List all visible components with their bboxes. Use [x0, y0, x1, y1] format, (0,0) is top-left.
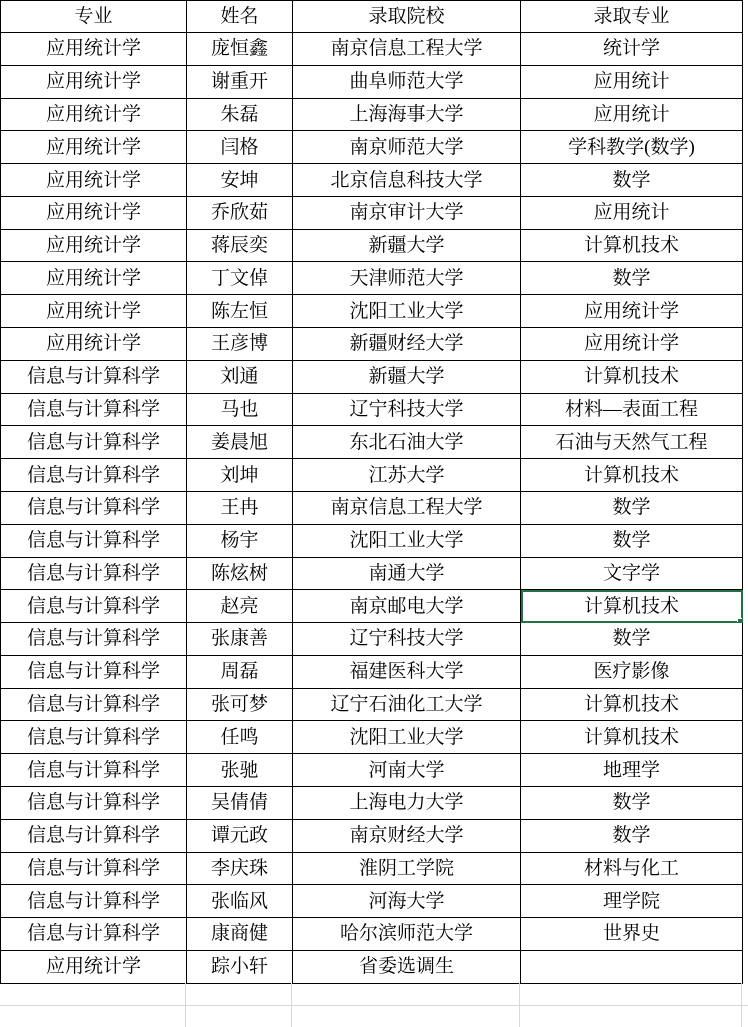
table-row: 信息与计算科学刘通新疆大学计算机技术: [1, 360, 743, 393]
col-header-admitted-school[interactable]: 录取院校: [293, 1, 521, 33]
table-row: 信息与计算科学张可梦辽宁石油化工大学计算机技术: [1, 688, 743, 721]
cell-r10c3[interactable]: 新疆财经大学: [293, 328, 521, 361]
table-row: 信息与计算科学张康善辽宁科技大学数学: [1, 623, 743, 656]
cell-r9c3[interactable]: 沈阳工业大学: [293, 295, 521, 328]
cell-r2c2[interactable]: 谢重开: [187, 65, 293, 98]
cell-r20c2[interactable]: 周磊: [187, 655, 293, 688]
cell-r3c3[interactable]: 上海海事大学: [293, 98, 521, 131]
col-header-admitted-major[interactable]: 录取专业: [521, 1, 743, 33]
table-row: 应用统计学乔欣茹南京审计大学应用统计: [1, 196, 743, 229]
cell-r10c1[interactable]: 应用统计学: [1, 328, 187, 361]
cell-r7c2[interactable]: 蒋辰奕: [187, 229, 293, 262]
table-row: 应用统计学庞恒鑫南京信息工程大学统计学: [1, 33, 743, 66]
cell-r23c2[interactable]: 张驰: [187, 754, 293, 787]
cell-r17c3[interactable]: 南通大学: [293, 557, 521, 590]
cell-r2c4[interactable]: 应用统计: [521, 65, 743, 98]
table-row: 信息与计算科学马也辽宁科技大学材料—表面工程: [1, 393, 743, 426]
cell-r6c2[interactable]: 乔欣茹: [187, 196, 293, 229]
cell-r11c2[interactable]: 刘通: [187, 360, 293, 393]
cell-r6c3[interactable]: 南京审计大学: [293, 196, 521, 229]
table-row: 信息与计算科学陈炫树南通大学文字学: [1, 557, 743, 590]
cell-r11c4[interactable]: 计算机技术: [521, 360, 743, 393]
cell-r14c1[interactable]: 信息与计算科学: [1, 459, 187, 492]
cell-r29c4[interactable]: [521, 950, 743, 983]
table-row: 应用统计学闫格南京师范大学学科教学(数学): [1, 131, 743, 164]
cell-r6c4[interactable]: 应用统计: [521, 196, 743, 229]
cell-r12c2[interactable]: 马也: [187, 393, 293, 426]
cell-r17c4[interactable]: 文字学: [521, 557, 743, 590]
cell-r24c2[interactable]: 吴倩倩: [187, 786, 293, 819]
cell-r16c2[interactable]: 杨宇: [187, 524, 293, 557]
table-row: 信息与计算科学谭元政南京财经大学数学: [1, 819, 743, 852]
cell-r21c1[interactable]: 信息与计算科学: [1, 688, 187, 721]
cell-r22c2[interactable]: 任鸣: [187, 721, 293, 754]
table-row: 应用统计学陈左恒沈阳工业大学应用统计学: [1, 295, 743, 328]
cell-r22c4[interactable]: 计算机技术: [521, 721, 743, 754]
cell-r18c1[interactable]: 信息与计算科学: [1, 590, 187, 623]
cell-r26c2[interactable]: 李庆珠: [187, 852, 293, 885]
table-row: 应用统计学丁文倬天津师范大学数学: [1, 262, 743, 295]
cell-r23c4[interactable]: 地理学: [521, 754, 743, 787]
cell-r10c4[interactable]: 应用统计学: [521, 328, 743, 361]
cell-r20c4[interactable]: 医疗影像: [521, 655, 743, 688]
cell-r9c4[interactable]: 应用统计学: [521, 295, 743, 328]
fill-handle[interactable]: [737, 618, 743, 623]
cell-r5c1[interactable]: 应用统计学: [1, 164, 187, 197]
cell-r12c4[interactable]: 材料—表面工程: [521, 393, 743, 426]
cell-r25c2[interactable]: 谭元政: [187, 819, 293, 852]
col-header-major[interactable]: 专业: [1, 1, 187, 33]
spreadsheet: 专业 姓名 录取院校 录取专业 应用统计学庞恒鑫南京信息工程大学统计学应用统计学…: [0, 0, 748, 1027]
cell-r4c4[interactable]: 学科教学(数学): [521, 131, 743, 164]
table-row: 应用统计学踪小轩省委选调生: [1, 950, 743, 983]
cell-r6c1[interactable]: 应用统计学: [1, 196, 187, 229]
cell-r1c4[interactable]: 统计学: [521, 33, 743, 66]
cell-r26c1[interactable]: 信息与计算科学: [1, 852, 187, 885]
cell-r29c1[interactable]: 应用统计学: [1, 950, 187, 983]
cell-r3c1[interactable]: 应用统计学: [1, 98, 187, 131]
cell-r25c4[interactable]: 数学: [521, 819, 743, 852]
cell-r18c4[interactable]: 计算机技术: [521, 590, 743, 623]
cell-r27c1[interactable]: 信息与计算科学: [1, 885, 187, 918]
cell-r13c1[interactable]: 信息与计算科学: [1, 426, 187, 459]
cell-r15c4[interactable]: 数学: [521, 491, 743, 524]
cell-r4c1[interactable]: 应用统计学: [1, 131, 187, 164]
cell-r27c4[interactable]: 理学院: [521, 885, 743, 918]
cell-r28c3[interactable]: 哈尔滨师范大学: [293, 918, 521, 951]
cell-r26c4[interactable]: 材料与化工: [521, 852, 743, 885]
cell-r9c2[interactable]: 陈左恒: [187, 295, 293, 328]
table-row: 信息与计算科学刘坤江苏大学计算机技术: [1, 459, 743, 492]
cell-r15c2[interactable]: 王冉: [187, 491, 293, 524]
table-row: 信息与计算科学康商健哈尔滨师范大学世界史: [1, 918, 743, 951]
cell-r12c3[interactable]: 辽宁科技大学: [293, 393, 521, 426]
col-header-name[interactable]: 姓名: [187, 1, 293, 33]
cell-r2c3[interactable]: 曲阜师范大学: [293, 65, 521, 98]
table-row: 信息与计算科学姜晨旭东北石油大学石油与天然气工程: [1, 426, 743, 459]
cell-r14c2[interactable]: 刘坤: [187, 459, 293, 492]
table-row: 信息与计算科学杨宇沈阳工业大学数学: [1, 524, 743, 557]
cell-r14c3[interactable]: 江苏大学: [293, 459, 521, 492]
cell-r27c3[interactable]: 河海大学: [293, 885, 521, 918]
cell-r7c1[interactable]: 应用统计学: [1, 229, 187, 262]
cell-r28c4[interactable]: 世界史: [521, 918, 743, 951]
cell-r29c3[interactable]: 省委选调生: [293, 950, 521, 983]
cell-r1c1[interactable]: 应用统计学: [1, 33, 187, 66]
cell-r26c3[interactable]: 淮阴工学院: [293, 852, 521, 885]
cell-r28c1[interactable]: 信息与计算科学: [1, 918, 187, 951]
table-row: 信息与计算科学李庆珠淮阴工学院材料与化工: [1, 852, 743, 885]
cell-r2c1[interactable]: 应用统计学: [1, 65, 187, 98]
empty-grid-rows: [0, 983, 748, 1027]
cell-r13c2[interactable]: 姜晨旭: [187, 426, 293, 459]
gridline-horizontal-1: [0, 1005, 748, 1006]
table-row: 信息与计算科学吴倩倩上海电力大学数学: [1, 786, 743, 819]
table-row: 应用统计学谢重开曲阜师范大学应用统计: [1, 65, 743, 98]
cell-r5c4[interactable]: 数学: [521, 164, 743, 197]
cell-r18c3[interactable]: 南京邮电大学: [293, 590, 521, 623]
cell-r24c4[interactable]: 数学: [521, 786, 743, 819]
cell-r17c2[interactable]: 陈炫树: [187, 557, 293, 590]
cell-r16c3[interactable]: 沈阳工业大学: [293, 524, 521, 557]
table-row: 信息与计算科学任鸣沈阳工业大学计算机技术: [1, 721, 743, 754]
cell-r19c3[interactable]: 辽宁科技大学: [293, 623, 521, 656]
cell-r5c3[interactable]: 北京信息科技大学: [293, 164, 521, 197]
cell-r11c3[interactable]: 新疆大学: [293, 360, 521, 393]
cell-r20c1[interactable]: 信息与计算科学: [1, 655, 187, 688]
cell-r24c3[interactable]: 上海电力大学: [293, 786, 521, 819]
cell-r11c1[interactable]: 信息与计算科学: [1, 360, 187, 393]
cell-r1c3[interactable]: 南京信息工程大学: [293, 33, 521, 66]
cell-r23c1[interactable]: 信息与计算科学: [1, 754, 187, 787]
table-row: 应用统计学蒋辰奕新疆大学计算机技术: [1, 229, 743, 262]
cell-r7c3[interactable]: 新疆大学: [293, 229, 521, 262]
cell-r5c2[interactable]: 安坤: [187, 164, 293, 197]
cell-r25c1[interactable]: 信息与计算科学: [1, 819, 187, 852]
table-row: 应用统计学安坤北京信息科技大学数学: [1, 164, 743, 197]
table-body: 应用统计学庞恒鑫南京信息工程大学统计学应用统计学谢重开曲阜师范大学应用统计应用统…: [1, 33, 743, 984]
cell-r17c1[interactable]: 信息与计算科学: [1, 557, 187, 590]
table-row: 信息与计算科学周磊福建医科大学医疗影像: [1, 655, 743, 688]
cell-r14c4[interactable]: 计算机技术: [521, 459, 743, 492]
cell-r20c3[interactable]: 福建医科大学: [293, 655, 521, 688]
cell-r21c4[interactable]: 计算机技术: [521, 688, 743, 721]
cell-r8c3[interactable]: 天津师范大学: [293, 262, 521, 295]
cell-r16c1[interactable]: 信息与计算科学: [1, 524, 187, 557]
cell-r21c2[interactable]: 张可梦: [187, 688, 293, 721]
cell-r4c2[interactable]: 闫格: [187, 131, 293, 164]
cell-r9c1[interactable]: 应用统计学: [1, 295, 187, 328]
header-row: 专业 姓名 录取院校 录取专业: [1, 1, 743, 33]
cell-r7c4[interactable]: 计算机技术: [521, 229, 743, 262]
cell-r13c3[interactable]: 东北石油大学: [293, 426, 521, 459]
table-row: 信息与计算科学赵亮南京邮电大学计算机技术: [1, 590, 743, 623]
cell-r21c3[interactable]: 辽宁石油化工大学: [293, 688, 521, 721]
cell-r24c1[interactable]: 信息与计算科学: [1, 786, 187, 819]
table-row: 应用统计学朱磊上海海事大学应用统计: [1, 98, 743, 131]
cell-r15c3[interactable]: 南京信息工程大学: [293, 491, 521, 524]
cell-r22c3[interactable]: 沈阳工业大学: [293, 721, 521, 754]
cell-r19c1[interactable]: 信息与计算科学: [1, 623, 187, 656]
cell-r22c1[interactable]: 信息与计算科学: [1, 721, 187, 754]
cell-r8c1[interactable]: 应用统计学: [1, 262, 187, 295]
cell-r3c4[interactable]: 应用统计: [521, 98, 743, 131]
cell-r1c2[interactable]: 庞恒鑫: [187, 33, 293, 66]
cell-r29c2[interactable]: 踪小轩: [187, 950, 293, 983]
cell-r28c2[interactable]: 康商健: [187, 918, 293, 951]
cell-r18c2[interactable]: 赵亮: [187, 590, 293, 623]
table-row: 应用统计学王彦博新疆财经大学应用统计学: [1, 328, 743, 361]
cell-r12c1[interactable]: 信息与计算科学: [1, 393, 187, 426]
cell-r10c2[interactable]: 王彦博: [187, 328, 293, 361]
cell-r3c2[interactable]: 朱磊: [187, 98, 293, 131]
cell-r25c3[interactable]: 南京财经大学: [293, 819, 521, 852]
cell-r13c4[interactable]: 石油与天然气工程: [521, 426, 743, 459]
table-row: 信息与计算科学张临风河海大学理学院: [1, 885, 743, 918]
cell-r19c4[interactable]: 数学: [521, 623, 743, 656]
table-row: 信息与计算科学张驰河南大学地理学: [1, 754, 743, 787]
admissions-table: 专业 姓名 录取院校 录取专业 应用统计学庞恒鑫南京信息工程大学统计学应用统计学…: [0, 0, 743, 984]
cell-r23c3[interactable]: 河南大学: [293, 754, 521, 787]
cell-r16c4[interactable]: 数学: [521, 524, 743, 557]
cell-r27c2[interactable]: 张临风: [187, 885, 293, 918]
cell-r15c1[interactable]: 信息与计算科学: [1, 491, 187, 524]
cell-r4c3[interactable]: 南京师范大学: [293, 131, 521, 164]
cell-r8c4[interactable]: 数学: [521, 262, 743, 295]
table-row: 信息与计算科学王冉南京信息工程大学数学: [1, 491, 743, 524]
cell-r19c2[interactable]: 张康善: [187, 623, 293, 656]
cell-r8c2[interactable]: 丁文倬: [187, 262, 293, 295]
